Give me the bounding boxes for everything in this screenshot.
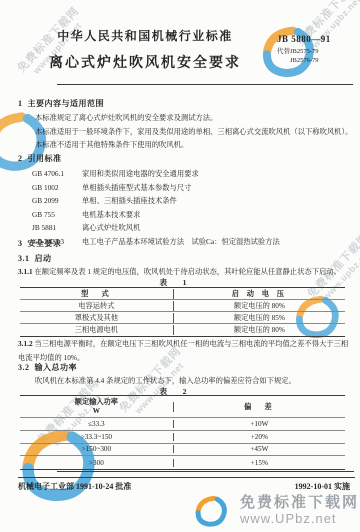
list-item: GB 1002单相插头插座型式基本参数与尺寸 bbox=[32, 181, 354, 195]
section-1-heading: 1 主要内容与适用范围 bbox=[18, 98, 104, 109]
footer-brand-block: 免费标准下载网 www.UPbz.net bbox=[240, 495, 359, 526]
table-row: ≤33.3 +10W bbox=[20, 418, 345, 431]
replaces-standard: 代替JB2575-79 bbox=[277, 47, 357, 57]
column-header: 启 动 电 压 bbox=[173, 289, 345, 299]
footer-divider bbox=[18, 477, 355, 478]
implementation-note: 1992-10-01 实施 bbox=[295, 481, 350, 492]
table-row: >33.3~150 +20% bbox=[20, 431, 345, 444]
column-header: 型 式 bbox=[20, 289, 173, 299]
column-header: 额定输入功率 W bbox=[20, 398, 173, 416]
table-header-row: 额定输入功率 W 偏 差 bbox=[20, 396, 345, 418]
list-item: GB 755电机基本技术要求 bbox=[32, 208, 354, 222]
replaces-standard-2: JB2576-79 bbox=[277, 56, 357, 66]
section-3-2-heading: 3.2 输入总功率 bbox=[18, 362, 77, 373]
footer-site-url: www.UPbz.net bbox=[240, 512, 359, 526]
approval-note: 机械电子工业部 1991-10-24 批准 bbox=[18, 481, 131, 492]
upbz-logo-footer bbox=[186, 493, 236, 531]
section-3-1-heading: 3.1 启动 bbox=[18, 253, 52, 264]
referenced-standards-list: GB 4706.1家用和类似用途电器的安全通用要求 GB 1002单相插头插座型… bbox=[32, 167, 354, 249]
header-divider bbox=[57, 84, 353, 85]
paragraph: 本标准不适用于其他特殊条件下使用的吹风机。 bbox=[18, 138, 354, 152]
footer-site-name: 免费标准下载网 bbox=[240, 495, 359, 512]
clause-3-1-2: 3.1.2 当三相电源平衡时，在额定电压下三相吹风机任一相的电流与三相电流的平均… bbox=[18, 337, 354, 364]
list-item: JB 5881离心式炉灶吹风机 bbox=[32, 221, 354, 235]
list-item: GB 2099单相、三相插头插座技术条件 bbox=[32, 194, 354, 208]
page-title: 离心式炉灶吹风机安全要求 bbox=[0, 52, 290, 72]
table-row: 电容运转式 额定电压的 80% bbox=[20, 300, 345, 312]
section-1-paragraphs: 本标准规定了离心式炉灶吹风机的安全要求及测试方法。 本标准适用于一般环境条件下，… bbox=[18, 111, 354, 152]
table-1: 型 式 启 动 电 压 电容运转式 额定电压的 80% 罩极式及其他 额定电压的… bbox=[20, 287, 345, 337]
column-header: 偏 差 bbox=[173, 402, 345, 412]
table-row: >300 +15% bbox=[20, 456, 345, 469]
footer-divider-thin bbox=[57, 471, 354, 472]
table-2: 额定输入功率 W 偏 差 ≤33.3 +10W >33.3~150 +20% >… bbox=[20, 395, 345, 470]
standard-number: JB 5880—91 bbox=[277, 33, 357, 47]
table-header-row: 型 式 启 动 电 压 bbox=[20, 288, 345, 300]
standard-org-line: 中华人民共和国机械行业标准 bbox=[0, 27, 290, 44]
table-row: 罩极式及其他 额定电压的 85% bbox=[20, 312, 345, 324]
list-item: GB 4706.1家用和类似用途电器的安全通用要求 bbox=[32, 167, 354, 181]
section-2-heading: 2 引用标准 bbox=[18, 153, 62, 164]
standard-document-page: 免费标准下载网 www.upbz.net 免费标准下载网 www.upbz.ne… bbox=[0, 0, 360, 532]
paragraph: 本标准规定了离心式炉灶吹风机的安全要求及测试方法。 bbox=[18, 111, 354, 125]
list-item: GB 2423.3电工电子产品基本环境试验方法 试验Ca：恒定湿热试验方法 bbox=[32, 235, 354, 249]
table-row: >150~300 +45W bbox=[20, 444, 345, 457]
section-3-heading: 3 安全要求 bbox=[18, 238, 62, 249]
paragraph: 本标准适用于一般环境条件下，家用及类似用途的单相、三相离心式交流吹风机（以下称吹… bbox=[18, 125, 354, 139]
standard-number-block: JB 5880—91 代替JB2575-79 JB2576-79 bbox=[277, 33, 357, 66]
table-row: 三相电源电机 额定电压的 80% bbox=[20, 324, 345, 336]
